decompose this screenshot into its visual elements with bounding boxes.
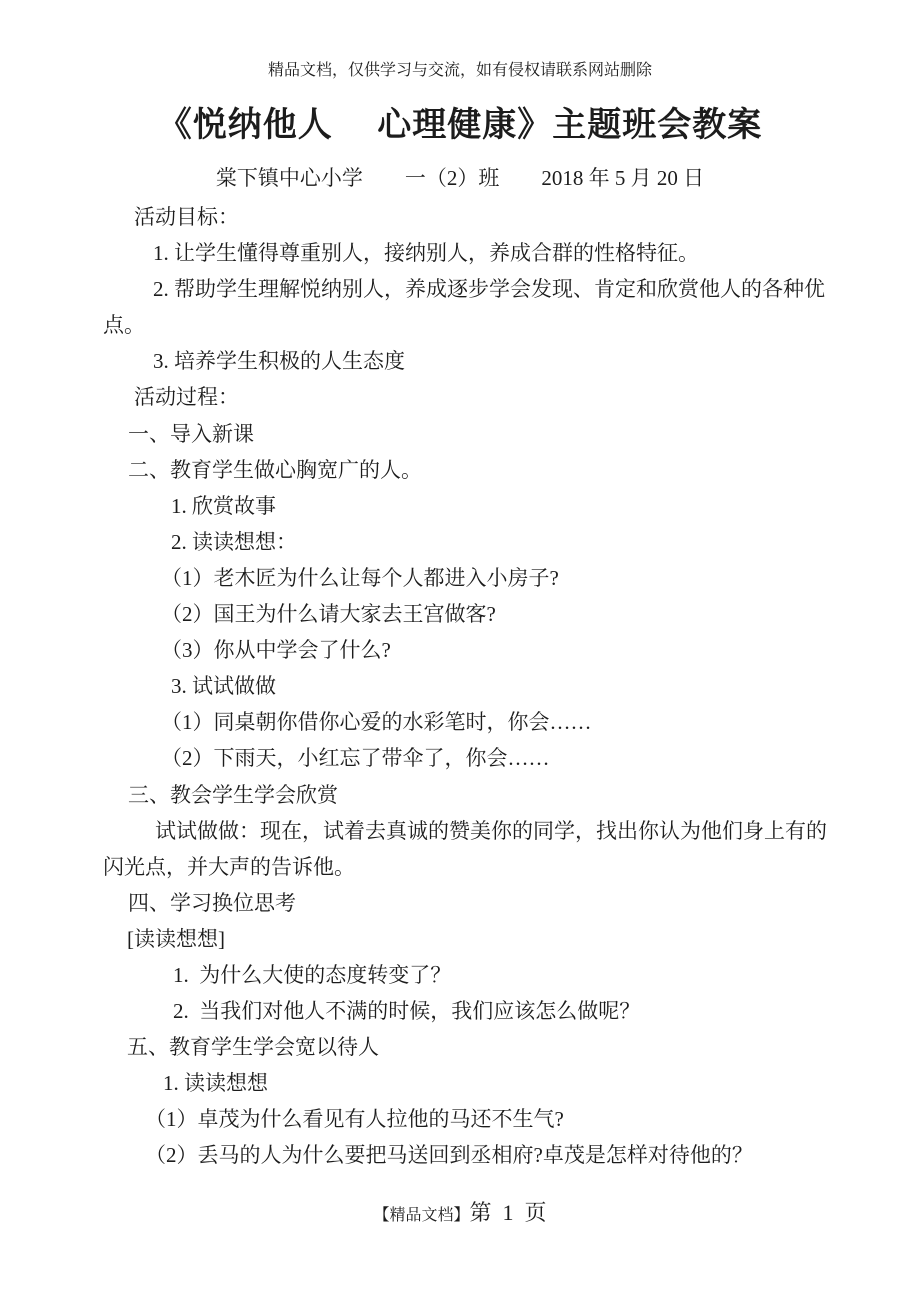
footer-page-number: 第 1 页	[470, 1196, 547, 1227]
paragraph: （2）丢马的人为什么要把马送回到丞相府?卓茂是怎样对待他的？	[103, 1137, 829, 1173]
paragraph: 活动目标：	[103, 199, 829, 235]
paragraph: [读读想想]	[103, 921, 829, 957]
paragraph: 1. 为什么大使的态度转变了？	[103, 957, 829, 993]
paragraph: 二、教育学生做心胸宽广的人。	[103, 452, 829, 488]
footer-badge: 【精品文档】	[373, 1202, 469, 1225]
paragraph: （2）下雨天，小红忘了带伞了，你会……	[103, 740, 829, 776]
disclaimer-text: 精品文档，仅供学习与交流，如有侵权请联系网站删除	[0, 61, 920, 81]
paragraph: 3. 培养学生积极的人生态度	[103, 343, 829, 379]
paragraph: （2）国王为什么请大家去王宫做客?	[103, 596, 829, 632]
document-title: 《悦纳他人 心理健康》主题班会教案	[0, 104, 920, 148]
document-page: 精品文档，仅供学习与交流，如有侵权请联系网站删除 《悦纳他人 心理健康》主题班会…	[0, 0, 920, 1302]
paragraph: 五、教育学生学会宽以待人	[103, 1029, 829, 1065]
paragraph: （1）同桌朝你借你心爱的水彩笔时，你会……	[103, 704, 829, 740]
paragraph: 2. 当我们对他人不满的时候，我们应该怎么做呢？	[103, 993, 829, 1029]
paragraph: （1）卓茂为什么看见有人拉他的马还不生气?	[103, 1101, 829, 1137]
paragraph: 三、教会学生学会欣赏	[103, 777, 829, 813]
paragraph: （3）你从中学会了什么?	[103, 632, 829, 668]
paragraph: 2. 读读想想：	[103, 524, 829, 560]
document-body: 活动目标：1. 让学生懂得尊重别人，接纳别人，养成合群的性格特征。2. 帮助学生…	[103, 199, 829, 1174]
document-subtitle: 棠下镇中心小学 一（2）班 2018 年 5 月 20 日	[0, 164, 920, 192]
paragraph: （1）老木匠为什么让每个人都进入小房子?	[103, 560, 829, 596]
paragraph: 活动过程：	[103, 379, 829, 415]
paragraph: 四、学习换位思考	[103, 885, 829, 921]
paragraph: 2. 帮助学生理解悦纳别人，养成逐步学会发现、肯定和欣赏他人的各种优点。	[103, 271, 829, 343]
paragraph: 试试做做：现在，试着去真诚的赞美你的同学，找出你认为他们身上有的闪光点，并大声的…	[103, 813, 829, 885]
paragraph: 一、导入新课	[103, 416, 829, 452]
paragraph: 1. 读读想想	[103, 1065, 829, 1101]
paragraph: 3. 试试做做	[103, 668, 829, 704]
paragraph: 1. 欣赏故事	[103, 488, 829, 524]
page-footer: 【精品文档】第 1 页	[0, 1196, 920, 1227]
paragraph: 1. 让学生懂得尊重别人，接纳别人，养成合群的性格特征。	[103, 235, 829, 271]
